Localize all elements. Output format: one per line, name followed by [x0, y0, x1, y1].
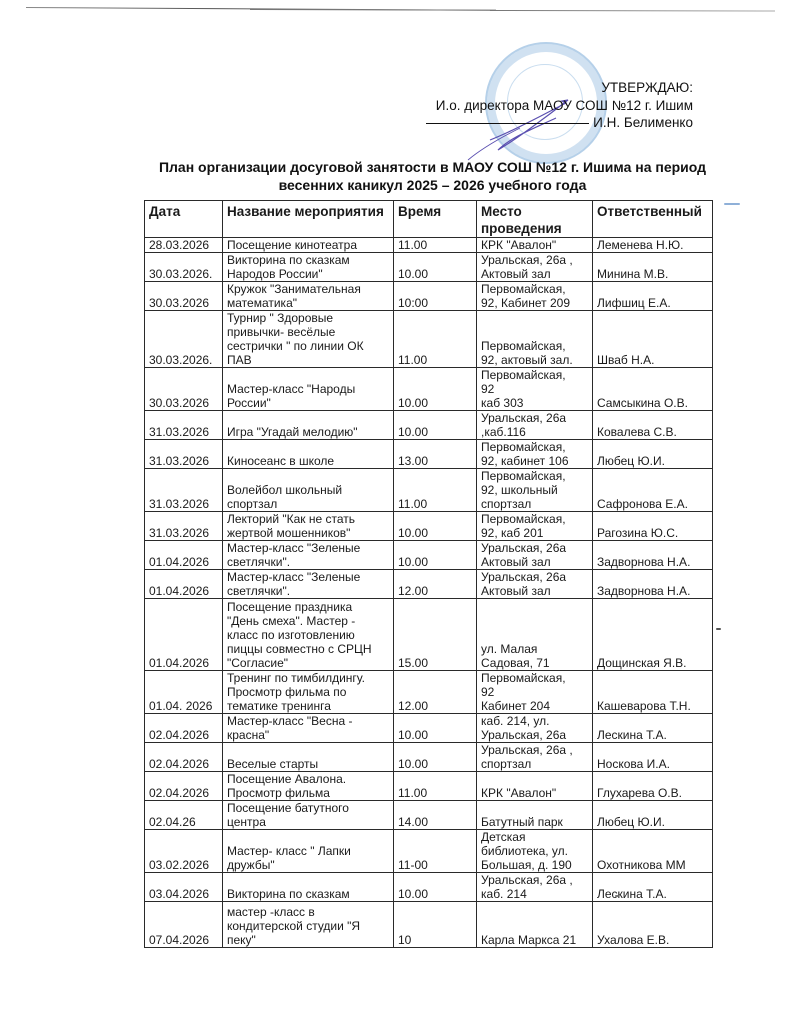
name-line: красна" — [227, 728, 389, 742]
name-line: Тренинг по тимбилдингу. — [227, 671, 389, 685]
place-line: Детская — [481, 830, 588, 844]
place-line: 92 — [481, 685, 588, 699]
cell-place: Уральская, 26а ,каб. 214 — [477, 873, 593, 902]
place-line: Актовый зал — [481, 584, 588, 598]
cell-event-name: Лекторий "Как не статьжертвой мошенников… — [223, 512, 394, 541]
place-line: Кабинет 204 — [481, 699, 588, 713]
cell-event-name: Викторина по сказкам — [223, 873, 394, 902]
column-header-time: Время — [394, 201, 477, 238]
column-header-responsible: Ответственный — [593, 201, 713, 238]
cell-responsible: Дощинская Я.В. — [593, 599, 713, 671]
cell-date: 02.04.2026 — [145, 714, 223, 743]
cell-date: 30.03.2026 — [145, 282, 223, 311]
cell-time: 10.00 — [394, 512, 477, 541]
name-line: Мастер-класс "Зеленые — [227, 570, 389, 584]
table-row: 01.04.2026Посещение праздника"День смеха… — [145, 599, 713, 671]
cell-date: 28.03.2026 — [145, 238, 223, 253]
name-line: "День смеха". Мастер - — [227, 614, 389, 628]
cell-date: 07.04.2026 — [145, 902, 223, 948]
table-row: 02.04.26Посещение батутногоцентра14.00Ба… — [145, 801, 713, 830]
cell-date: 01.04.2026 — [145, 599, 223, 671]
cell-time: 10.00 — [394, 743, 477, 772]
place-line: Батутный парк — [481, 815, 588, 829]
name-line: Викторина по сказкам — [227, 887, 389, 901]
place-line: Актовый зал — [481, 267, 588, 281]
name-line: Мастер-класс "Народы — [227, 382, 389, 396]
cell-event-name: Мастер-класс "Зеленыесветлячки". — [223, 541, 394, 570]
name-line: Посещение праздника — [227, 600, 389, 614]
cell-responsible: Рагозина Ю.С. — [593, 512, 713, 541]
cell-date: 30.03.2026 — [145, 368, 223, 411]
place-line: Уральская, 26а — [481, 728, 588, 742]
name-line: тематике тренинга — [227, 699, 389, 713]
approval-heading: УТВЕРЖДАЮ: — [426, 79, 693, 97]
cell-date: 02.04.26 — [145, 801, 223, 830]
cell-place: Уральская, 26а ,спортзал — [477, 743, 593, 772]
table-row: 30.03.2026Кружок "Занимательнаяматематик… — [145, 282, 713, 311]
cell-time: 11-00 — [394, 830, 477, 873]
cell-place: Первомайская,92каб 303 — [477, 368, 593, 411]
cell-event-name: мастер -класс вкондитерской студии "Япек… — [223, 902, 394, 948]
place-line: библиотека, ул. — [481, 844, 588, 858]
place-line: Первомайская, — [481, 512, 588, 526]
place-line: 92, школьный — [481, 483, 588, 497]
table-row: 01.04.2026Мастер-класс "Зеленыесветлячки… — [145, 541, 713, 570]
table-row: 30.03.2026Мастер-класс "НародыРоссии"10.… — [145, 368, 713, 411]
table-row: 07.04.2026мастер -класс вкондитерской ст… — [145, 902, 713, 948]
cell-date: 01.04.2026 — [145, 570, 223, 599]
name-line: Веселые старты — [227, 757, 389, 771]
place-line: Первомайская, — [481, 671, 588, 685]
name-line: Кружок "Занимательная — [227, 282, 389, 296]
cell-event-name: Мастер-класс "НародыРоссии" — [223, 368, 394, 411]
cell-place: КРК "Авалон" — [477, 238, 593, 253]
cell-place: каб. 214, ул.Уральская, 26а — [477, 714, 593, 743]
place-line: Карла Маркса 21 — [481, 933, 588, 947]
name-line: класс по изготовлению — [227, 628, 389, 642]
cell-event-name: Посещение батутногоцентра — [223, 801, 394, 830]
name-line: Народов России" — [227, 267, 389, 281]
cell-date: 31.03.2026 — [145, 469, 223, 512]
cell-date: 01.04.2026 — [145, 541, 223, 570]
cell-event-name: Мастер- класс " Лапкидружбы" — [223, 830, 394, 873]
place-line: Первомайская, — [481, 368, 588, 382]
cell-event-name: Турнир " Здоровыепривычки- весёлыесестри… — [223, 311, 394, 368]
name-line: Посещение Авалона. — [227, 772, 389, 786]
table-row: 02.04.2026Мастер-класс "Весна -красна"10… — [145, 714, 713, 743]
cell-event-name: Посещение праздника"День смеха". Мастер … — [223, 599, 394, 671]
cell-event-name: Кружок "Занимательнаяматематика" — [223, 282, 394, 311]
place-line: каб. 214 — [481, 887, 588, 901]
cell-time: 10.00 — [394, 368, 477, 411]
cell-time: 10.00 — [394, 541, 477, 570]
place-line: Уральская, 26а , — [481, 253, 588, 267]
cell-responsible: Минина М.В. — [593, 253, 713, 282]
place-line: Первомайская, — [481, 469, 588, 483]
place-line: Уральская, 26а , — [481, 873, 588, 887]
cell-event-name: Тренинг по тимбилдингу.Просмотр фильма п… — [223, 671, 394, 714]
scan-speck — [724, 203, 740, 205]
cell-responsible: Шваб Н.А. — [593, 311, 713, 368]
scan-edge-line — [250, 9, 496, 11]
place-line: Садовая, 71 — [481, 656, 588, 670]
name-line: Мастер-класс "Зеленые — [227, 541, 389, 555]
approval-signatory: И.Н. Белименко — [593, 115, 693, 130]
name-line: привычки- весёлые — [227, 325, 389, 339]
cell-event-name: Посещение Авалона.Просмотр фильма — [223, 772, 394, 801]
cell-responsible: Задворнова Н.А. — [593, 541, 713, 570]
cell-date: 03.04.2026 — [145, 873, 223, 902]
cell-place: Уральская, 26а ,Актовый зал — [477, 253, 593, 282]
place-line: Уральская, 26а — [481, 570, 588, 584]
place-line: Первомайская, — [481, 339, 588, 353]
cell-responsible: Задворнова Н.А. — [593, 570, 713, 599]
cell-event-name: Мастер-класс "Весна -красна" — [223, 714, 394, 743]
approval-position: И.о. директора МАОУ СОШ №12 г. Ишим — [426, 97, 693, 115]
place-line: 92, каб 201 — [481, 526, 588, 540]
cell-place: Первомайская,92, кабинет 106 — [477, 440, 593, 469]
cell-place: Первомайская,92Кабинет 204 — [477, 671, 593, 714]
cell-time: 11.00 — [394, 772, 477, 801]
cell-place: КРК "Авалон" — [477, 772, 593, 801]
table-row: 03.02.2026Мастер- класс " Лапкидружбы"11… — [145, 830, 713, 873]
cell-date: 30.03.2026. — [145, 311, 223, 368]
cell-time: 11.00 — [394, 238, 477, 253]
cell-place: Первомайская,92, Кабинет 209 — [477, 282, 593, 311]
column-header-place: Место проведения — [477, 201, 593, 238]
cell-place: ул. МалаяСадовая, 71 — [477, 599, 593, 671]
name-line: Волейбол школьный — [227, 483, 389, 497]
cell-time: 12.00 — [394, 671, 477, 714]
place-line: КРК "Авалон" — [481, 238, 588, 252]
name-line: пеку" — [227, 933, 389, 947]
place-line: спортзал — [481, 497, 588, 511]
cell-time: 11.00 — [394, 311, 477, 368]
cell-time: 15.00 — [394, 599, 477, 671]
cell-place: Уральская, 26а,каб.116 — [477, 411, 593, 440]
cell-responsible: Леменева Н.Ю. — [593, 238, 713, 253]
table-row: 01.04.2026Мастер-класс "Зеленыесветлячки… — [145, 570, 713, 599]
name-line: Просмотр фильма — [227, 786, 389, 800]
place-line: Актовый зал — [481, 555, 588, 569]
name-line: Турнир " Здоровые — [227, 311, 389, 325]
cell-place: Детскаябиблиотека, ул.Большая, д. 190 — [477, 830, 593, 873]
name-line: светлячки". — [227, 584, 389, 598]
name-line: Мастер-класс "Весна - — [227, 714, 389, 728]
cell-time: 12.00 — [394, 570, 477, 599]
name-line: сестрички " по линии ОК — [227, 339, 389, 353]
cell-date: 31.03.2026 — [145, 440, 223, 469]
cell-time: 10.00 — [394, 714, 477, 743]
table-row: 31.03.2026Волейбол школьныйспортзал11.00… — [145, 469, 713, 512]
document-title-line: План организации досуговой занятости в М… — [140, 158, 725, 176]
name-line: центра — [227, 815, 389, 829]
cell-date: 01.04. 2026 — [145, 671, 223, 714]
name-line: спортзал — [227, 497, 389, 511]
place-line: Первомайская, — [481, 440, 588, 454]
place-line: Большая, д. 190 — [481, 858, 588, 872]
table-row: 31.03.2026Киносеанс в школе13.00Первомай… — [145, 440, 713, 469]
place-line: Уральская, 26а , — [481, 743, 588, 757]
cell-time: 14.00 — [394, 801, 477, 830]
cell-responsible: Кашеварова Т.Н. — [593, 671, 713, 714]
place-line: Уральская, 26а — [481, 541, 588, 555]
cell-responsible: Сафронова Е.А. — [593, 469, 713, 512]
scan-edge-line — [490, 10, 775, 11]
name-line: Лекторий "Как не стать — [227, 512, 389, 526]
cell-event-name: Мастер-класс "Зеленыесветлячки". — [223, 570, 394, 599]
name-line: пиццы совместно с СРЦН — [227, 642, 389, 656]
cell-time: 10.00 — [394, 253, 477, 282]
approval-block: УТВЕРЖДАЮ: И.о. директора МАОУ СОШ №12 г… — [426, 79, 693, 132]
name-line: Киносеанс в школе — [227, 454, 389, 468]
table-row: 30.03.2026.Турнир " Здоровыепривычки- ве… — [145, 311, 713, 368]
cell-place: Первомайская,92, каб 201 — [477, 512, 593, 541]
place-line: каб 303 — [481, 396, 588, 410]
events-table: Дата Название мероприятия Время Место пр… — [144, 200, 713, 948]
cell-responsible: Ковалева С.В. — [593, 411, 713, 440]
cell-event-name: Посещение кинотеатра — [223, 238, 394, 253]
cell-date: 31.03.2026 — [145, 411, 223, 440]
name-line: ПАВ — [227, 353, 389, 367]
cell-responsible: Лескина Т.А. — [593, 714, 713, 743]
table-body: 28.03.2026Посещение кинотеатра11.00КРК "… — [145, 238, 713, 948]
cell-responsible: Любец Ю.И. — [593, 440, 713, 469]
document-title: План организации досуговой занятости в М… — [140, 158, 725, 194]
cell-time: 10:00 — [394, 282, 477, 311]
signature-underline — [426, 123, 589, 124]
cell-responsible: Самсыкина О.В. — [593, 368, 713, 411]
table-row: 31.03.2026Лекторий "Как не статьжертвой … — [145, 512, 713, 541]
cell-date: 30.03.2026. — [145, 253, 223, 282]
table-row: 31.03.2026Игра "Угадай мелодию"10.00Урал… — [145, 411, 713, 440]
table-row: 28.03.2026Посещение кинотеатра11.00КРК "… — [145, 238, 713, 253]
table-row: 02.04.2026Веселые старты10.00Уральская, … — [145, 743, 713, 772]
cell-place: Карла Маркса 21 — [477, 902, 593, 948]
name-line: Викторина по сказкам — [227, 253, 389, 267]
cell-event-name: Викторина по сказкамНародов России" — [223, 253, 394, 282]
place-line: Уральская, 26а — [481, 411, 588, 425]
cell-event-name: Киносеанс в школе — [223, 440, 394, 469]
name-line: Посещение кинотеатра — [227, 238, 389, 252]
cell-date: 31.03.2026 — [145, 512, 223, 541]
name-line: мастер -класс в — [227, 905, 389, 919]
name-line: Мастер- класс " Лапки — [227, 844, 389, 858]
cell-date: 02.04.2026 — [145, 772, 223, 801]
cell-date: 02.04.2026 — [145, 743, 223, 772]
place-line: 92, кабинет 106 — [481, 454, 588, 468]
cell-responsible: Охотникова ММ — [593, 830, 713, 873]
place-line: 92 — [481, 382, 588, 396]
name-line: Просмотр фильма по — [227, 685, 389, 699]
name-line: Игра "Угадай мелодию" — [227, 425, 389, 439]
place-line: 92, актовый зал. — [481, 353, 588, 367]
document-title-line: весенних каникул 2025 – 2026 учебного го… — [140, 176, 725, 194]
name-line: математика" — [227, 296, 389, 310]
name-line: Посещение батутного — [227, 801, 389, 815]
cell-place: Уральская, 26аАктовый зал — [477, 541, 593, 570]
name-line: дружбы" — [227, 858, 389, 872]
cell-responsible: Лифшиц Е.А. — [593, 282, 713, 311]
name-line: "Согласие" — [227, 656, 389, 670]
approval-signatory-line: И.Н. Белименко — [426, 114, 693, 132]
cell-place: Первомайская,92, школьныйспортзал — [477, 469, 593, 512]
table-row: 03.04.2026Викторина по сказкам10.00Ураль… — [145, 873, 713, 902]
cell-place: Уральская, 26аАктовый зал — [477, 570, 593, 599]
name-line: России" — [227, 396, 389, 410]
cell-event-name: Веселые старты — [223, 743, 394, 772]
column-header-event-name: Название мероприятия — [223, 201, 394, 238]
cell-responsible: Глухарева О.В. — [593, 772, 713, 801]
cell-place: Первомайская,92, актовый зал. — [477, 311, 593, 368]
table-row: 01.04. 2026Тренинг по тимбилдингу.Просмо… — [145, 671, 713, 714]
name-line: светлячки". — [227, 555, 389, 569]
scan-speck — [716, 628, 721, 630]
place-line: ул. Малая — [481, 642, 588, 656]
table-row: 30.03.2026.Викторина по сказкамНародов Р… — [145, 253, 713, 282]
place-line: Первомайская, — [481, 282, 588, 296]
cell-responsible: Лескина Т.А. — [593, 873, 713, 902]
cell-responsible: Носкова И.А. — [593, 743, 713, 772]
cell-event-name: Волейбол школьныйспортзал — [223, 469, 394, 512]
place-line: КРК "Авалон" — [481, 786, 588, 800]
cell-place: Батутный парк — [477, 801, 593, 830]
cell-time: 10 — [394, 902, 477, 948]
name-line: кондитерской студии "Я — [227, 919, 389, 933]
place-line: 92, Кабинет 209 — [481, 296, 588, 310]
column-header-date: Дата — [145, 201, 223, 238]
cell-time: 10.00 — [394, 411, 477, 440]
place-line: спортзал — [481, 757, 588, 771]
cell-responsible: Ухалова Е.В. — [593, 902, 713, 948]
cell-time: 11.00 — [394, 469, 477, 512]
cell-time: 10.00 — [394, 873, 477, 902]
cell-time: 13.00 — [394, 440, 477, 469]
table-row: 02.04.2026Посещение Авалона.Просмотр фил… — [145, 772, 713, 801]
cell-responsible: Любец Ю.И. — [593, 801, 713, 830]
place-line: ,каб.116 — [481, 425, 588, 439]
place-line: каб. 214, ул. — [481, 714, 588, 728]
scan-speck — [615, 895, 619, 897]
cell-event-name: Игра "Угадай мелодию" — [223, 411, 394, 440]
name-line: жертвой мошенников" — [227, 526, 389, 540]
table-header-row: Дата Название мероприятия Время Место пр… — [145, 201, 713, 238]
cell-date: 03.02.2026 — [145, 830, 223, 873]
